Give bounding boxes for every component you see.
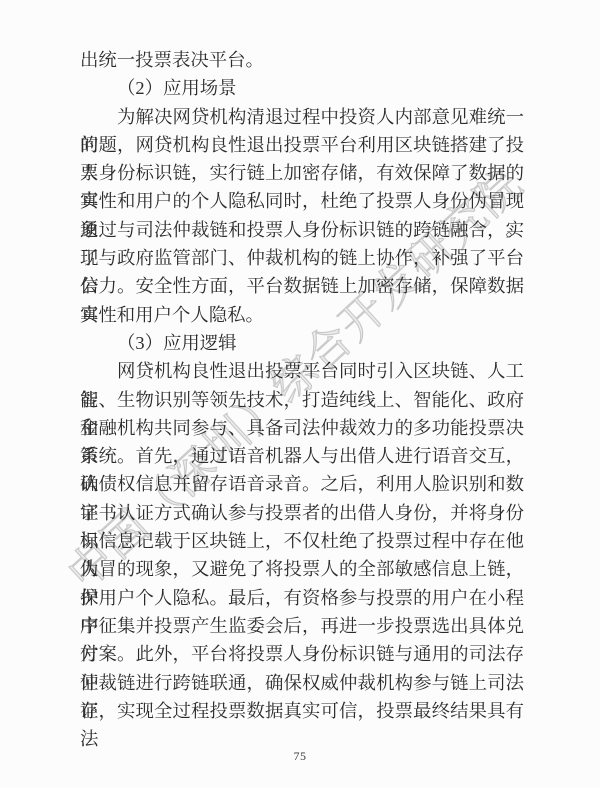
text-line: 识信息记载于区块链上，不仅杜绝了投票过程中存在他人 <box>80 527 524 555</box>
text-line: 认债权信息并留存语音录音。之后，利用人脸识别和数字 <box>80 470 524 498</box>
document-page: 中国（深圳）综合开发研究院 出统一投票表决平台。 （2）应用场景 为解决网贷机构… <box>0 0 600 788</box>
text-line: 伪冒的现象，又避免了将投票人的全部敏感信息上链，保 <box>80 555 524 583</box>
text-line: 系统。首先，通过语音机器人与出借人进行语音交互，确 <box>80 442 524 470</box>
text-line: 网贷机构良性退出投票平台同时引入区块链、人工智 <box>80 357 524 385</box>
text-line: 了与政府监管部门、仲裁机构的链上协作，补强了平台公 <box>80 244 524 272</box>
text-line: 仲裁链进行跨链联通，确保权威仲裁机构参与链上司法存 <box>80 669 524 697</box>
text-line: 金融机构共同参与、具备司法仲裁效力的多功能投票决策 <box>80 414 524 442</box>
text-line: 人身份标识链，实行链上加密存储，有效保障了数据的真 <box>80 159 524 187</box>
text-line: 为解决网贷机构清退过程中投资人内部意见难统一的 <box>80 103 524 131</box>
text-line: 实性和用户个人隐私。 <box>80 301 524 329</box>
text-line: 证，实现全过程投票数据真实可信，投票最终结果具有法 <box>80 697 524 725</box>
section-heading: （2）应用场景 <box>80 74 524 102</box>
text-line: 信力。安全性方面，平台数据链上加密存储，保障数据真 <box>80 272 524 300</box>
text-block: 出统一投票表决平台。 （2）应用场景 为解决网贷机构清退过程中投资人内部意见难统… <box>80 46 524 725</box>
text-line: 问题，网贷机构良性退出投票平台利用区块链搭建了投票 <box>80 131 524 159</box>
section-heading: （3）应用逻辑 <box>80 329 524 357</box>
text-line: 能、生物识别等领先技术，打造纯线上、智能化、政府和 <box>80 386 524 414</box>
text-line: 中征集并投票产生监委会后，再进一步投票选出具体兑付 <box>80 612 524 640</box>
text-line: 实性和用户的个人隐私同时，杜绝了投票人身份伪冒现象。 <box>80 187 524 215</box>
page-number: 75 <box>0 749 600 764</box>
text-line: 证书认证方式确认参与投票者的出借人身份，并将身份标 <box>80 499 524 527</box>
text-line: 护用户个人隐私。最后，有资格参与投票的用户在小程序 <box>80 584 524 612</box>
text-line: 通过与司法仲裁链和投票人身份标识链的跨链融合，实现 <box>80 216 524 244</box>
text-line: 出统一投票表决平台。 <box>80 46 524 74</box>
text-line: 方案。此外，平台将投票人身份标识链与通用的司法存证 <box>80 640 524 668</box>
